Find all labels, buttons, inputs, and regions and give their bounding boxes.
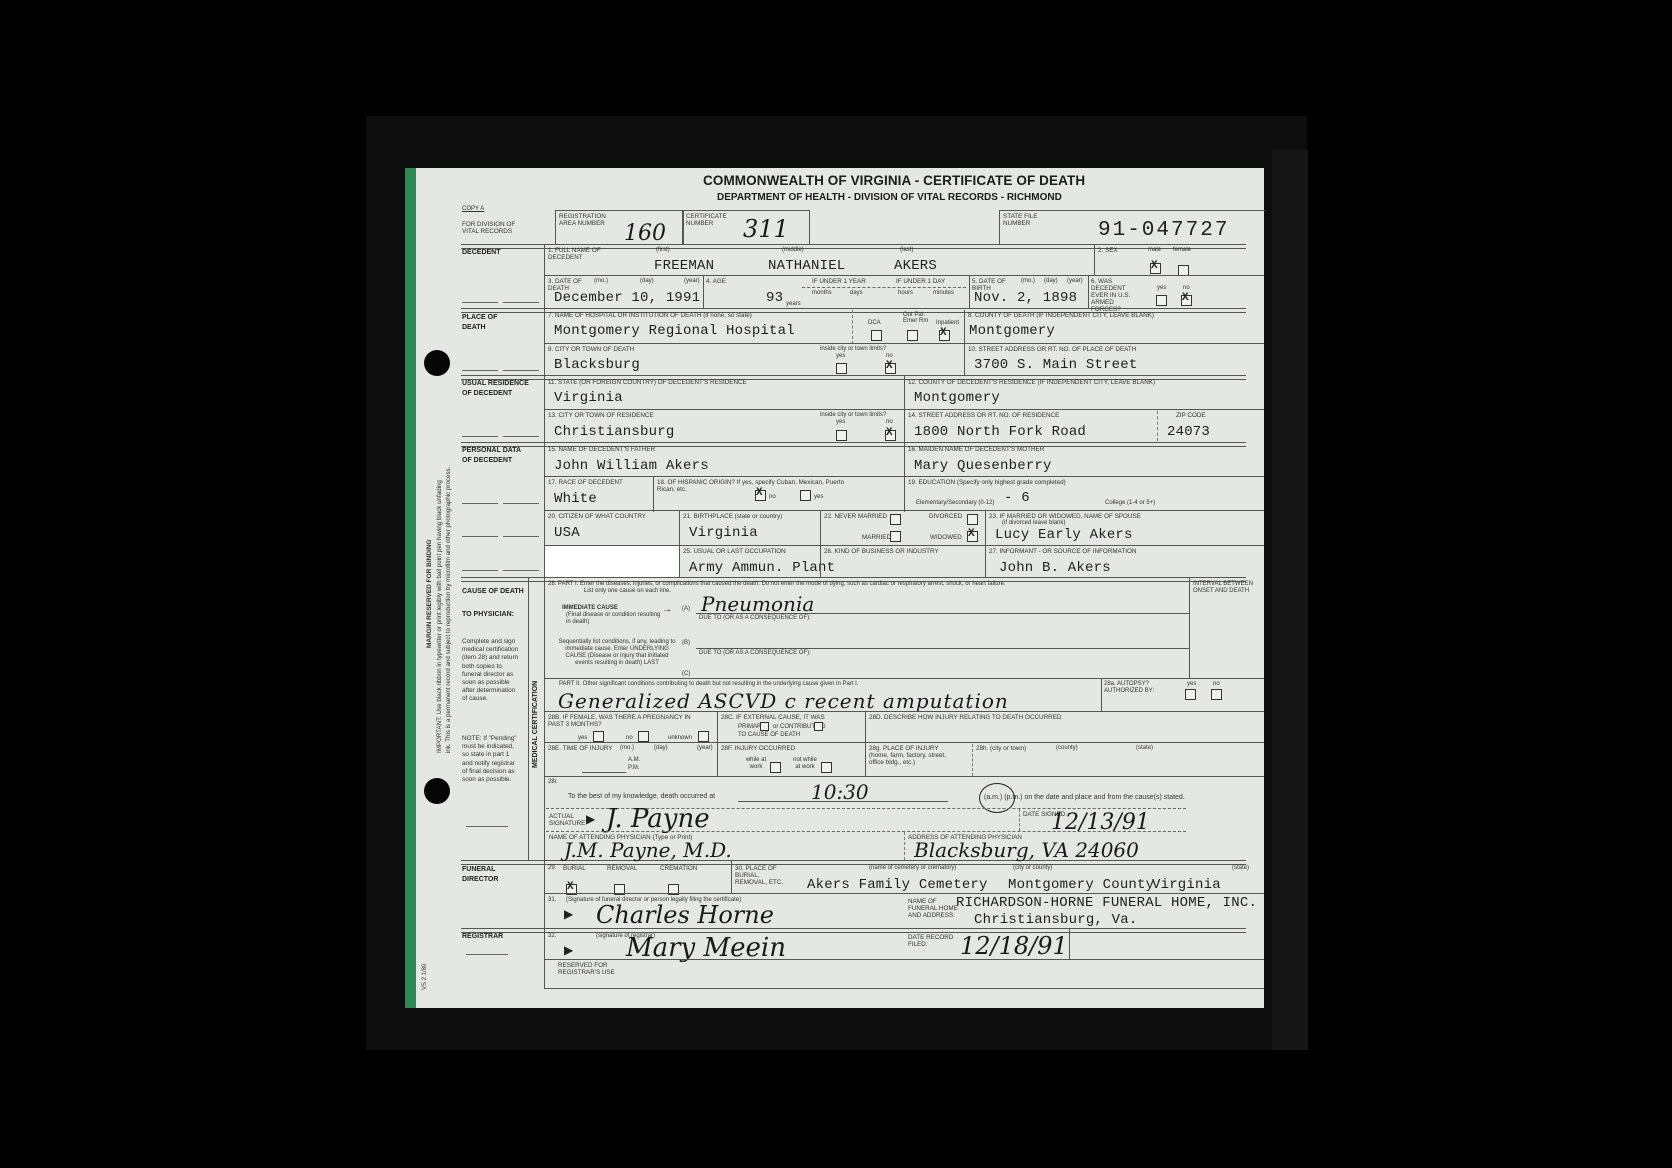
- divider: [865, 712, 866, 776]
- important-instruction-2: ink. This is a permanent record and subj…: [445, 467, 452, 753]
- male-label: male: [1148, 247, 1161, 254]
- blank-line: [503, 570, 539, 571]
- birthplace: Virginia: [689, 525, 758, 541]
- part1-instructions-b: List only one cause on each line.: [584, 588, 671, 595]
- under-1-day-label: IF UNDER 1 DAY: [896, 278, 945, 285]
- section-cause-of-death: CAUSE OF DEATH: [462, 587, 524, 597]
- scan-edge: [1272, 150, 1308, 1050]
- no-sublabel: no: [886, 353, 893, 360]
- pregnancy-no-checkbox[interactable]: [638, 731, 649, 742]
- state-file-box: STATE FILE NUMBER 91-047727: [999, 210, 1265, 245]
- preg-yes-label: yes: [578, 735, 587, 742]
- medical-cert-border: [528, 577, 529, 860]
- burial-state: Virginia: [1152, 877, 1221, 893]
- state-file-value: 91-047727: [1098, 219, 1229, 242]
- dca-label: DCA: [868, 320, 881, 327]
- while-at-work-checkbox[interactable]: [770, 762, 781, 773]
- married-label: MARRIED: [862, 534, 891, 541]
- divider: [731, 861, 732, 893]
- blank-line: [462, 570, 498, 571]
- residence-county: Montgomery: [914, 390, 1000, 406]
- f12-label: 12. COUNTY OF DECEDENT'S RESIDENCE (if i…: [908, 379, 1155, 386]
- arrow-icon: →: [662, 604, 672, 615]
- certificate-subtitle: DEPARTMENT OF HEALTH - DIVISION OF VITAL…: [717, 192, 1062, 203]
- zip-label: ZIP CODE: [1176, 412, 1206, 419]
- citizenship: USA: [554, 525, 580, 541]
- blank-line: [503, 302, 539, 303]
- row-line: [544, 711, 1264, 712]
- row-line: [544, 776, 1264, 777]
- f27-label: 27. INFORMANT - OR SOURCE OF INFORMATION: [989, 548, 1136, 555]
- divider: [679, 546, 680, 577]
- f1-label: 1. FULL NAME OF DECEDENT: [548, 247, 608, 261]
- cause-line: [696, 613, 1189, 614]
- inpatient-checkbox[interactable]: [939, 330, 950, 341]
- not-at-work-checkbox[interactable]: [821, 762, 832, 773]
- registration-area-value: 160: [624, 221, 666, 246]
- blank-line: [582, 772, 626, 773]
- section-decedent: DECEDENT: [462, 248, 501, 258]
- divider: [1069, 929, 1070, 959]
- divider: [985, 511, 986, 577]
- city-of-death: Blacksburg: [554, 357, 640, 373]
- ampm-statement: (a.m.) (p.m.) on the date and place and …: [984, 794, 1185, 801]
- autopsy-no-checkbox[interactable]: [1211, 689, 1222, 700]
- widowed-label: WIDOWED: [930, 534, 962, 541]
- certificate-number-value: 311: [743, 215, 789, 243]
- never-married-checkbox[interactable]: [890, 514, 901, 525]
- divider: [717, 712, 718, 776]
- residence-zip: 24073: [1167, 424, 1210, 440]
- hours-sublabel: hours: [898, 290, 913, 297]
- date-of-death: December 10, 1991: [554, 290, 700, 306]
- decedent-first-name: FREEMAN: [654, 258, 714, 274]
- divider: [1157, 411, 1158, 441]
- burial-cemetery: Akers Family Cemetery: [807, 877, 988, 893]
- f31-label: 31.: [548, 897, 556, 904]
- line-c-label: (C): [682, 671, 690, 678]
- divider: [703, 276, 704, 308]
- section-place-of-death: PLACE OF DEATH: [462, 313, 522, 333]
- section-personal-data: PERSONAL DATA OF DECEDENT: [462, 446, 532, 466]
- no-sublabel: no: [1183, 285, 1190, 292]
- blank-line: [503, 436, 539, 437]
- actual-signature-label: ACTUAL SIGNATURE: [549, 813, 589, 827]
- widowed-checkbox[interactable]: [967, 531, 978, 542]
- f6-label: 6. WAS DECEDENT EVER IN U.S. ARMED FORCE…: [1091, 278, 1143, 313]
- day-sublabel: (day): [640, 278, 654, 285]
- immediate-cause-label: IMMEDIATE CAUSE: [562, 605, 618, 612]
- autopsy-no-label: no: [1213, 681, 1220, 688]
- divider: [1189, 578, 1190, 678]
- not-while-work-label: not while at work: [790, 757, 820, 771]
- section-registrar: REGISTRAR: [462, 932, 503, 942]
- f23-sublabel: (if divorced leave blank): [1002, 520, 1065, 527]
- blank-line: [462, 503, 498, 504]
- row-line: [544, 959, 1264, 960]
- date-filed-label: DATE RECORD FILED:: [908, 934, 964, 948]
- binding-hole-bottom: [424, 778, 450, 804]
- 28i-label: 28i.: [548, 779, 558, 786]
- grid-bottom: [544, 988, 1264, 989]
- occupation: Army Ammun. Plant: [689, 560, 835, 576]
- months-sublabel: months: [812, 290, 832, 297]
- years-sublabel: years: [786, 301, 801, 308]
- yes-sublabel: yes: [814, 494, 823, 501]
- removal-label: REMOVAL: [607, 865, 637, 872]
- divider: [972, 744, 973, 776]
- certificate-number-box: CERTIFICATE NUMBER 311: [682, 210, 810, 245]
- blank-line: [462, 370, 498, 371]
- physician-name: J.M. Payne, M.D.: [564, 838, 732, 862]
- race: White: [554, 491, 597, 507]
- primary-checkbox[interactable]: [760, 722, 769, 731]
- divider: [461, 928, 1246, 933]
- hispanic-yes-checkbox[interactable]: [800, 490, 811, 501]
- knowledge-statement: To the best of my knowledge, death occur…: [568, 793, 715, 800]
- section-usual-residence: USUAL RESIDENCE OF DECEDENT: [462, 379, 532, 399]
- yes-sublabel: yes: [836, 419, 845, 426]
- f4-label: 4. AGE: [706, 278, 726, 285]
- blank-line: [466, 954, 508, 955]
- reserved-registrar-label: RESERVED FOR REGISTRAR'S USE: [558, 962, 628, 976]
- interval-label: INTERVAL BETWEEN ONSET AND DEATH: [1193, 581, 1263, 595]
- father-name: John William Akers: [554, 458, 709, 474]
- f17-label: 17. RACE OF DECEDENT: [548, 479, 623, 486]
- row-line: [544, 510, 1264, 511]
- mother-maiden-name: Mary Quesenberry: [914, 458, 1052, 474]
- divider: [820, 511, 821, 545]
- armed-forces-no-checkbox[interactable]: [1181, 295, 1192, 306]
- autopsy-yes-label: yes: [1187, 681, 1196, 688]
- decedent-last-name: AKERS: [894, 258, 937, 274]
- cause-line: [696, 648, 1189, 649]
- for-division-label: FOR DIVISION OF VITAL RECORDS: [462, 221, 532, 235]
- death-street-address: 3700 S. Main Street: [974, 357, 1137, 373]
- redacted-area: [545, 546, 679, 577]
- am-label: A.M.: [628, 757, 640, 764]
- registration-area-box: REGISTRATION AREA NUMBER 160: [555, 210, 684, 245]
- blank-line: [466, 826, 508, 827]
- spouse-name: Lucy Early Akers: [995, 527, 1133, 543]
- pending-note: NOTE: If "Pending" must be indicated, so…: [462, 735, 520, 784]
- funeral-home-name: RICHARDSON-HORNE FUNERAL HOME, INC.: [956, 895, 1257, 911]
- funeral-home-address: Christiansburg, Va.: [974, 912, 1137, 928]
- education-elementary: - 6: [1004, 490, 1030, 506]
- row-line: [544, 678, 1264, 679]
- row-line: [544, 476, 1264, 477]
- f2-label: 2. SEX: [1098, 247, 1118, 254]
- year-sublabel: (year): [684, 278, 700, 285]
- external-cause-label: 28c. IF EXTERNAL CAUSE, IT WAS: [721, 714, 825, 721]
- residence-inside-limits-yes[interactable]: [836, 430, 847, 441]
- f14-label: 14. STREET ADDRESS OR RT. NO. OF RESIDEN…: [908, 412, 1059, 419]
- f11-label: 11. STATE (OR FOREIGN COUNTRY) OF DECEDE…: [548, 379, 747, 386]
- injury-occurred-label: 28f. INJURY OCCURRED: [721, 745, 795, 752]
- f23-label: 23. IF MARRIED OR WIDOWED, NAME OF SPOUS…: [989, 513, 1141, 520]
- to-physician-label: TO PHYSICIAN:: [462, 610, 522, 620]
- elementary-label: Elementary/Secondary (0-12): [916, 500, 994, 507]
- divorced-label: DIVORCED: [929, 513, 962, 520]
- immediate-cause-sublabel: (Final disease or condition resulting in…: [566, 612, 662, 626]
- days-sublabel: days: [850, 290, 863, 297]
- blank-line: [462, 536, 498, 537]
- line-b-label: (B): [682, 640, 690, 647]
- death-certificate: MARGIN RESERVED FOR BINDING IMPORTANT: U…: [416, 168, 1264, 1008]
- preg-unknown-label: unknown: [668, 735, 692, 742]
- year-sublabel: (year): [1067, 278, 1083, 285]
- day-sublabel: (day): [654, 745, 668, 752]
- row-line: [544, 275, 1264, 276]
- residence-city: Christiansburg: [554, 424, 674, 440]
- funeral-director-signature: Charles Horne: [596, 901, 774, 929]
- state-sublabel: (state): [1232, 865, 1249, 872]
- divorced-checkbox[interactable]: [967, 514, 978, 525]
- f26-label: 26. KIND OF BUSINESS OR INDUSTRY: [824, 548, 939, 555]
- pregnancy-unknown-checkbox[interactable]: [698, 731, 709, 742]
- date-filed-value: 12/18/91: [960, 932, 1068, 960]
- first-sublabel: (first): [656, 247, 670, 254]
- blank-line: [462, 302, 498, 303]
- female-label: female: [1173, 247, 1191, 254]
- important-instruction-1: IMPORTANT: Use black ribbon in typewrite…: [436, 480, 443, 753]
- middle-sublabel: (middle): [782, 247, 804, 254]
- autopsy-yes-checkbox[interactable]: [1185, 689, 1196, 700]
- while-work-label: while at work: [744, 757, 768, 771]
- date-of-birth: Nov. 2, 1898: [974, 290, 1077, 306]
- f18-label: 18. OF HISPANIC ORIGIN? If yes, specify …: [657, 479, 847, 493]
- physician-instructions: Complete and sign medical certification …: [462, 638, 520, 704]
- cremation-label: CREMATION: [660, 865, 697, 872]
- green-binding-strip: [405, 168, 416, 1008]
- divider: [820, 546, 821, 577]
- divider: [1101, 679, 1102, 712]
- certificate-title: COMMONWEALTH OF VIRGINIA - CERTIFICATE O…: [703, 173, 1085, 188]
- registration-area-label: REGISTRATION AREA NUMBER: [559, 213, 619, 227]
- residence-state: Virginia: [554, 390, 623, 406]
- decedent-middle-name: NATHANIEL: [768, 258, 845, 274]
- part2-instructions: PART II. Other significant conditions co…: [559, 681, 859, 688]
- pregnancy-yes-checkbox[interactable]: [593, 731, 604, 742]
- time-injury-label: 28e. TIME OF INJURY: [548, 745, 613, 752]
- contributing-checkbox[interactable]: [814, 722, 823, 731]
- divider: [1019, 809, 1020, 831]
- due-to-a: DUE TO (OR AS A CONSEQUENCE OF):: [699, 615, 811, 622]
- f25-label: 25. USUAL OR LAST OCCUPATION: [683, 548, 786, 555]
- mo-sublabel: (mo.): [1021, 278, 1035, 285]
- time-of-death: 10:30: [811, 780, 869, 804]
- mo-sublabel: (mo.): [620, 745, 634, 752]
- funeral-home-label: NAME OF FUNERAL HOME AND ADDRESS:: [908, 898, 960, 919]
- describe-injury-label: 28d. DESCRIBE HOW INJURY RELATING TO DEA…: [869, 714, 1061, 721]
- minutes-sublabel: minutes: [933, 290, 954, 297]
- f15-label: 15. NAME OF DECEDENT'S FATHER: [548, 446, 655, 453]
- place-injury-label: 28g. PLACE OF INJURY (home, farm, factor…: [869, 745, 959, 766]
- grid-left-border: [544, 244, 545, 988]
- row-line: [544, 409, 1264, 410]
- f21-label: 21. BIRTHPLACE (state or country): [683, 513, 782, 520]
- cemetery-sublabel: (name of cemetery or crematory): [869, 865, 956, 872]
- divider: [802, 287, 966, 288]
- row-line: [544, 742, 1264, 743]
- residence-street: 1800 North Fork Road: [914, 424, 1086, 440]
- year-sublabel: (year): [697, 745, 713, 752]
- f29-label: 29.: [548, 865, 556, 872]
- blank-line: [503, 503, 539, 504]
- state-file-label: STATE FILE NUMBER: [1003, 213, 1063, 227]
- sex-male-checkbox[interactable]: [1150, 263, 1161, 274]
- hospital-name: Montgomery Regional Hospital: [554, 323, 795, 339]
- informant: John B. Akers: [999, 560, 1111, 576]
- no-sublabel: no: [769, 494, 776, 501]
- divider: [904, 376, 905, 512]
- death-inside-limits-no[interactable]: [885, 363, 896, 374]
- copy-label: COPY A: [462, 206, 484, 213]
- play-arrow-icon: ▶: [564, 907, 573, 921]
- hispanic-no-checkbox[interactable]: [755, 490, 766, 501]
- city-town-label: 28h. (city or town): [976, 745, 1026, 752]
- state-sublabel: (state): [1136, 745, 1153, 752]
- autopsy-label: 28a. AUTOPSY? AUTHORIZED BY:: [1104, 681, 1160, 695]
- f19-label: 19. EDUCATION (Specify only highest grad…: [908, 479, 1066, 486]
- part1-instructions: 28. PART I. Enter the diseases, injuries…: [548, 581, 1108, 588]
- blank-line: [462, 436, 498, 437]
- line-a-label: (A): [682, 606, 690, 613]
- row-line: [544, 343, 1264, 344]
- pregnancy-label: 28b. IF FEMALE, WAS THERE A PREGNANCY IN…: [548, 714, 698, 728]
- f10-label: 10. STREET ADDRESS OR RT. NO. OF PLACE O…: [968, 346, 1136, 353]
- city-county-sublabel: (city or county): [1013, 865, 1052, 872]
- f32-label: 32.: [548, 933, 556, 940]
- physician-signature: J. Payne: [606, 804, 710, 834]
- inside-limits-label: inside city or town limits?: [820, 346, 886, 353]
- section-funeral-director: FUNERAL DIRECTOR: [462, 865, 522, 885]
- physician-address: Blacksburg, VA 24060: [914, 838, 1139, 862]
- divider: [852, 310, 853, 344]
- dca-checkbox[interactable]: [871, 330, 882, 341]
- binding-hole-top: [424, 350, 450, 376]
- certificate-number-label: CERTIFICATE NUMBER: [686, 213, 746, 227]
- under-1-year-label: IF UNDER 1 YEAR: [812, 278, 866, 285]
- medical-certification-label: MEDICAL CERTIFICATION: [531, 681, 541, 768]
- divider: [969, 276, 970, 308]
- day-sublabel: (day): [1044, 278, 1058, 285]
- armed-forces-yes-checkbox[interactable]: [1156, 295, 1167, 306]
- pm-label: P.M.: [628, 765, 640, 772]
- divider: [904, 832, 905, 860]
- form-code: VS 2 1/80: [422, 964, 429, 990]
- yes-sublabel: yes: [836, 353, 845, 360]
- residence-inside-limits-no[interactable]: [885, 430, 896, 441]
- play-arrow-icon: ▶: [586, 812, 595, 826]
- f9-label: 9. CITY OR TOWN OF DEATH: [548, 346, 634, 353]
- divider: [653, 477, 654, 512]
- last-sublabel: (last): [900, 247, 913, 254]
- death-inside-limits-yes[interactable]: [836, 363, 847, 374]
- preg-no-label: no: [626, 735, 633, 742]
- county-sublabel: (county): [1056, 745, 1078, 752]
- divider: [1088, 276, 1089, 308]
- sequential-instructions: Sequentially list conditions, if any, le…: [557, 639, 677, 667]
- part2-conditions: Generalized ASCVD c recent amputation: [558, 689, 1009, 713]
- yes-sublabel: yes: [1157, 285, 1166, 292]
- college-label: College (1-4 or 5+): [1105, 500, 1155, 507]
- f30-label: 30. PLACE OF BURIAL, REMOVAL, ETC.: [735, 865, 785, 886]
- never-married-label: 22. NEVER MARRIED: [824, 513, 887, 520]
- due-to-b: DUE TO (OR AS A CONSEQUENCE OF):: [699, 650, 811, 657]
- f8-label: 8. COUNTY OF DEATH (if independent city,…: [968, 312, 1154, 319]
- divider: [1094, 245, 1095, 275]
- to-cause-label: TO CAUSE OF DEATH: [738, 732, 800, 739]
- f16-label: 16. MAIDEN NAME OF DECEDENT'S MOTHER: [908, 446, 1044, 453]
- inside-limits-label: inside city or town limits?: [820, 412, 886, 419]
- outpatient-checkbox[interactable]: [907, 330, 918, 341]
- age-years: 93: [766, 290, 783, 306]
- row-line: [544, 893, 1264, 894]
- f13-label: 13. CITY OR TOWN OF RESIDENCE: [548, 412, 654, 419]
- married-checkbox[interactable]: [890, 531, 901, 542]
- no-sublabel: no: [886, 419, 893, 426]
- burial-county: Montgomery County: [1008, 877, 1154, 893]
- play-arrow-icon: ▶: [564, 943, 573, 957]
- divider: [546, 831, 1186, 832]
- inpatient-label: Inpatient: [936, 320, 959, 327]
- outpat-label: Out Pat. Emer Rm: [903, 312, 939, 324]
- divider: [679, 511, 680, 545]
- blank-line: [503, 370, 539, 371]
- burial-label: BURIAL: [563, 865, 586, 872]
- f20-label: 20. CITIZEN OF WHAT COUNTRY: [548, 513, 646, 520]
- mo-sublabel: (mo.): [594, 278, 608, 285]
- county-of-death: Montgomery: [969, 323, 1055, 339]
- margin-reserved-text: MARGIN RESERVED FOR BINDING: [426, 539, 433, 648]
- f7-label: 7. NAME OF HOSPITAL OR INSTITUTION OF DE…: [548, 312, 752, 319]
- blank-line: [503, 536, 539, 537]
